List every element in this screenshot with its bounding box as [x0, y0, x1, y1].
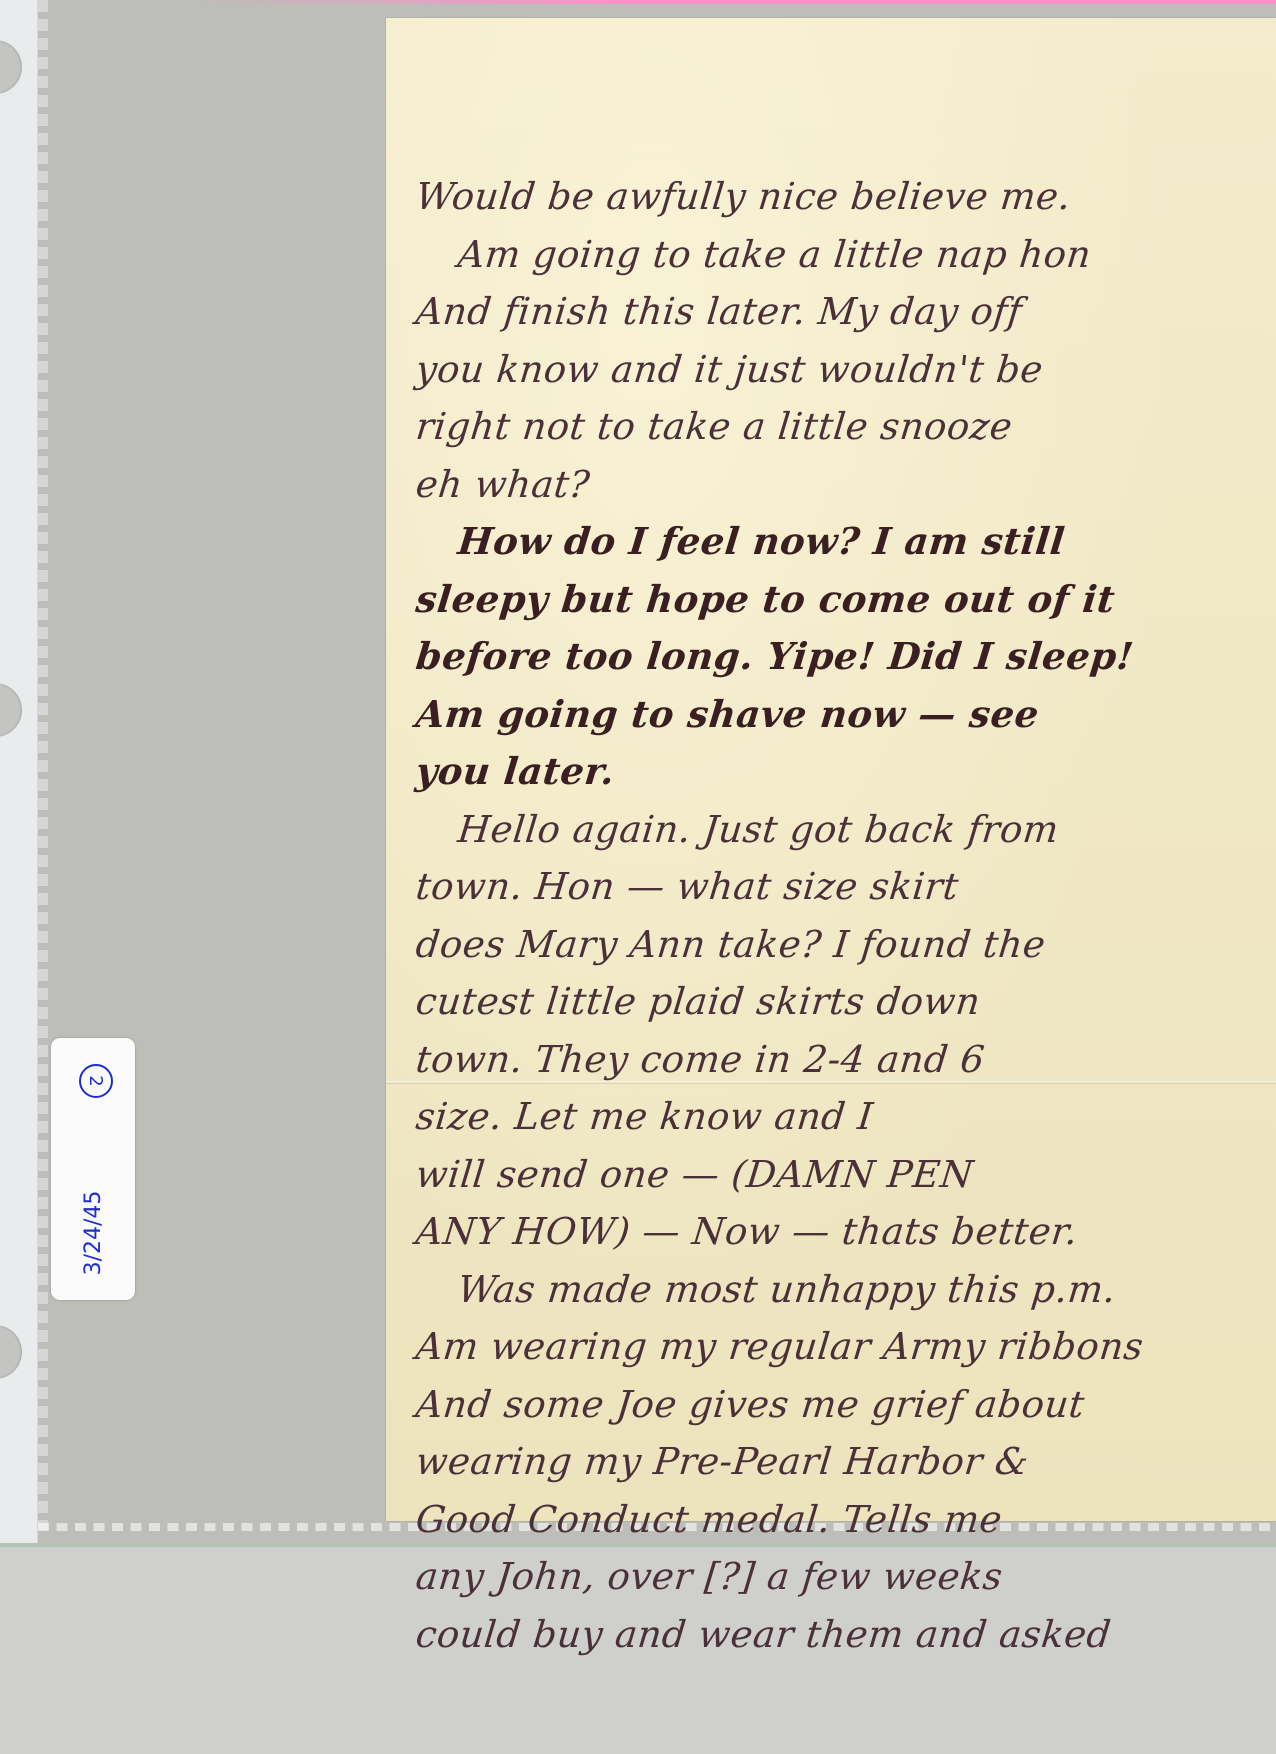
scan-edge-highlight — [200, 0, 1276, 4]
letter-line: town. Hon — what size skirt — [413, 858, 1269, 916]
letter-line: Would be awfully nice believe me. — [413, 168, 1269, 226]
letter-line: right not to take a little snooze — [413, 398, 1269, 456]
letter-line: eh what? — [413, 456, 1269, 514]
letter-page: Would be awfully nice believe me. Am goi… — [386, 18, 1276, 1521]
letter-line: you later. — [413, 743, 1269, 801]
binder-hole-icon — [0, 1325, 22, 1379]
letter-line: size. Let me know and I — [413, 1088, 1269, 1146]
date-label: 3/24/45 — [81, 1178, 111, 1288]
letter-line: Was made most unhappy this p.m. — [413, 1261, 1269, 1319]
letter-line: Am going to shave now — see — [413, 686, 1269, 744]
sleeve-perforation-vertical — [38, 0, 48, 1530]
letter-line: How do I feel now? I am still — [413, 513, 1269, 571]
sheet-protector-sleeve: Would be awfully nice believe me. Am goi… — [0, 0, 1276, 1547]
binder-hole-icon — [0, 40, 22, 94]
letter-line: could buy and wear them and asked — [413, 1606, 1269, 1664]
letter-line: will send one — (DAMN PEN — [413, 1146, 1269, 1204]
letter-line: Good Conduct medal. Tells me — [413, 1491, 1269, 1549]
page-number-badge: 2 — [79, 1064, 113, 1098]
letter-body: Would be awfully nice believe me. Am goi… — [416, 168, 1266, 1663]
letter-line: you know and it just wouldn't be — [413, 341, 1269, 399]
letter-line: town. They come in 2-4 and 6 — [413, 1031, 1269, 1089]
binder-strip — [0, 0, 38, 1543]
archive-label: 2 3/24/45 — [51, 1038, 135, 1300]
letter-line: Am wearing my regular Army ribbons — [413, 1318, 1269, 1376]
letter-line: does Mary Ann take? I found the — [413, 916, 1269, 974]
letter-line: Am going to take a little nap hon — [413, 226, 1269, 284]
letter-line: cutest little plaid skirts down — [413, 973, 1269, 1031]
letter-line: before too long. Yipe! Did I sleep! — [413, 628, 1269, 686]
binder-hole-icon — [0, 683, 22, 737]
letter-line: any John, over [?] a few weeks — [413, 1548, 1269, 1606]
letter-line: And some Joe gives me grief about — [413, 1376, 1269, 1434]
letter-line: ANY HOW) — Now — thats better. — [413, 1203, 1269, 1261]
letter-line: wearing my Pre-Pearl Harbor & — [413, 1433, 1269, 1491]
letter-line: And finish this later. My day off — [413, 283, 1269, 341]
letter-line: Hello again. Just got back from — [413, 801, 1269, 859]
letter-line: sleepy but hope to come out of it — [413, 571, 1269, 629]
